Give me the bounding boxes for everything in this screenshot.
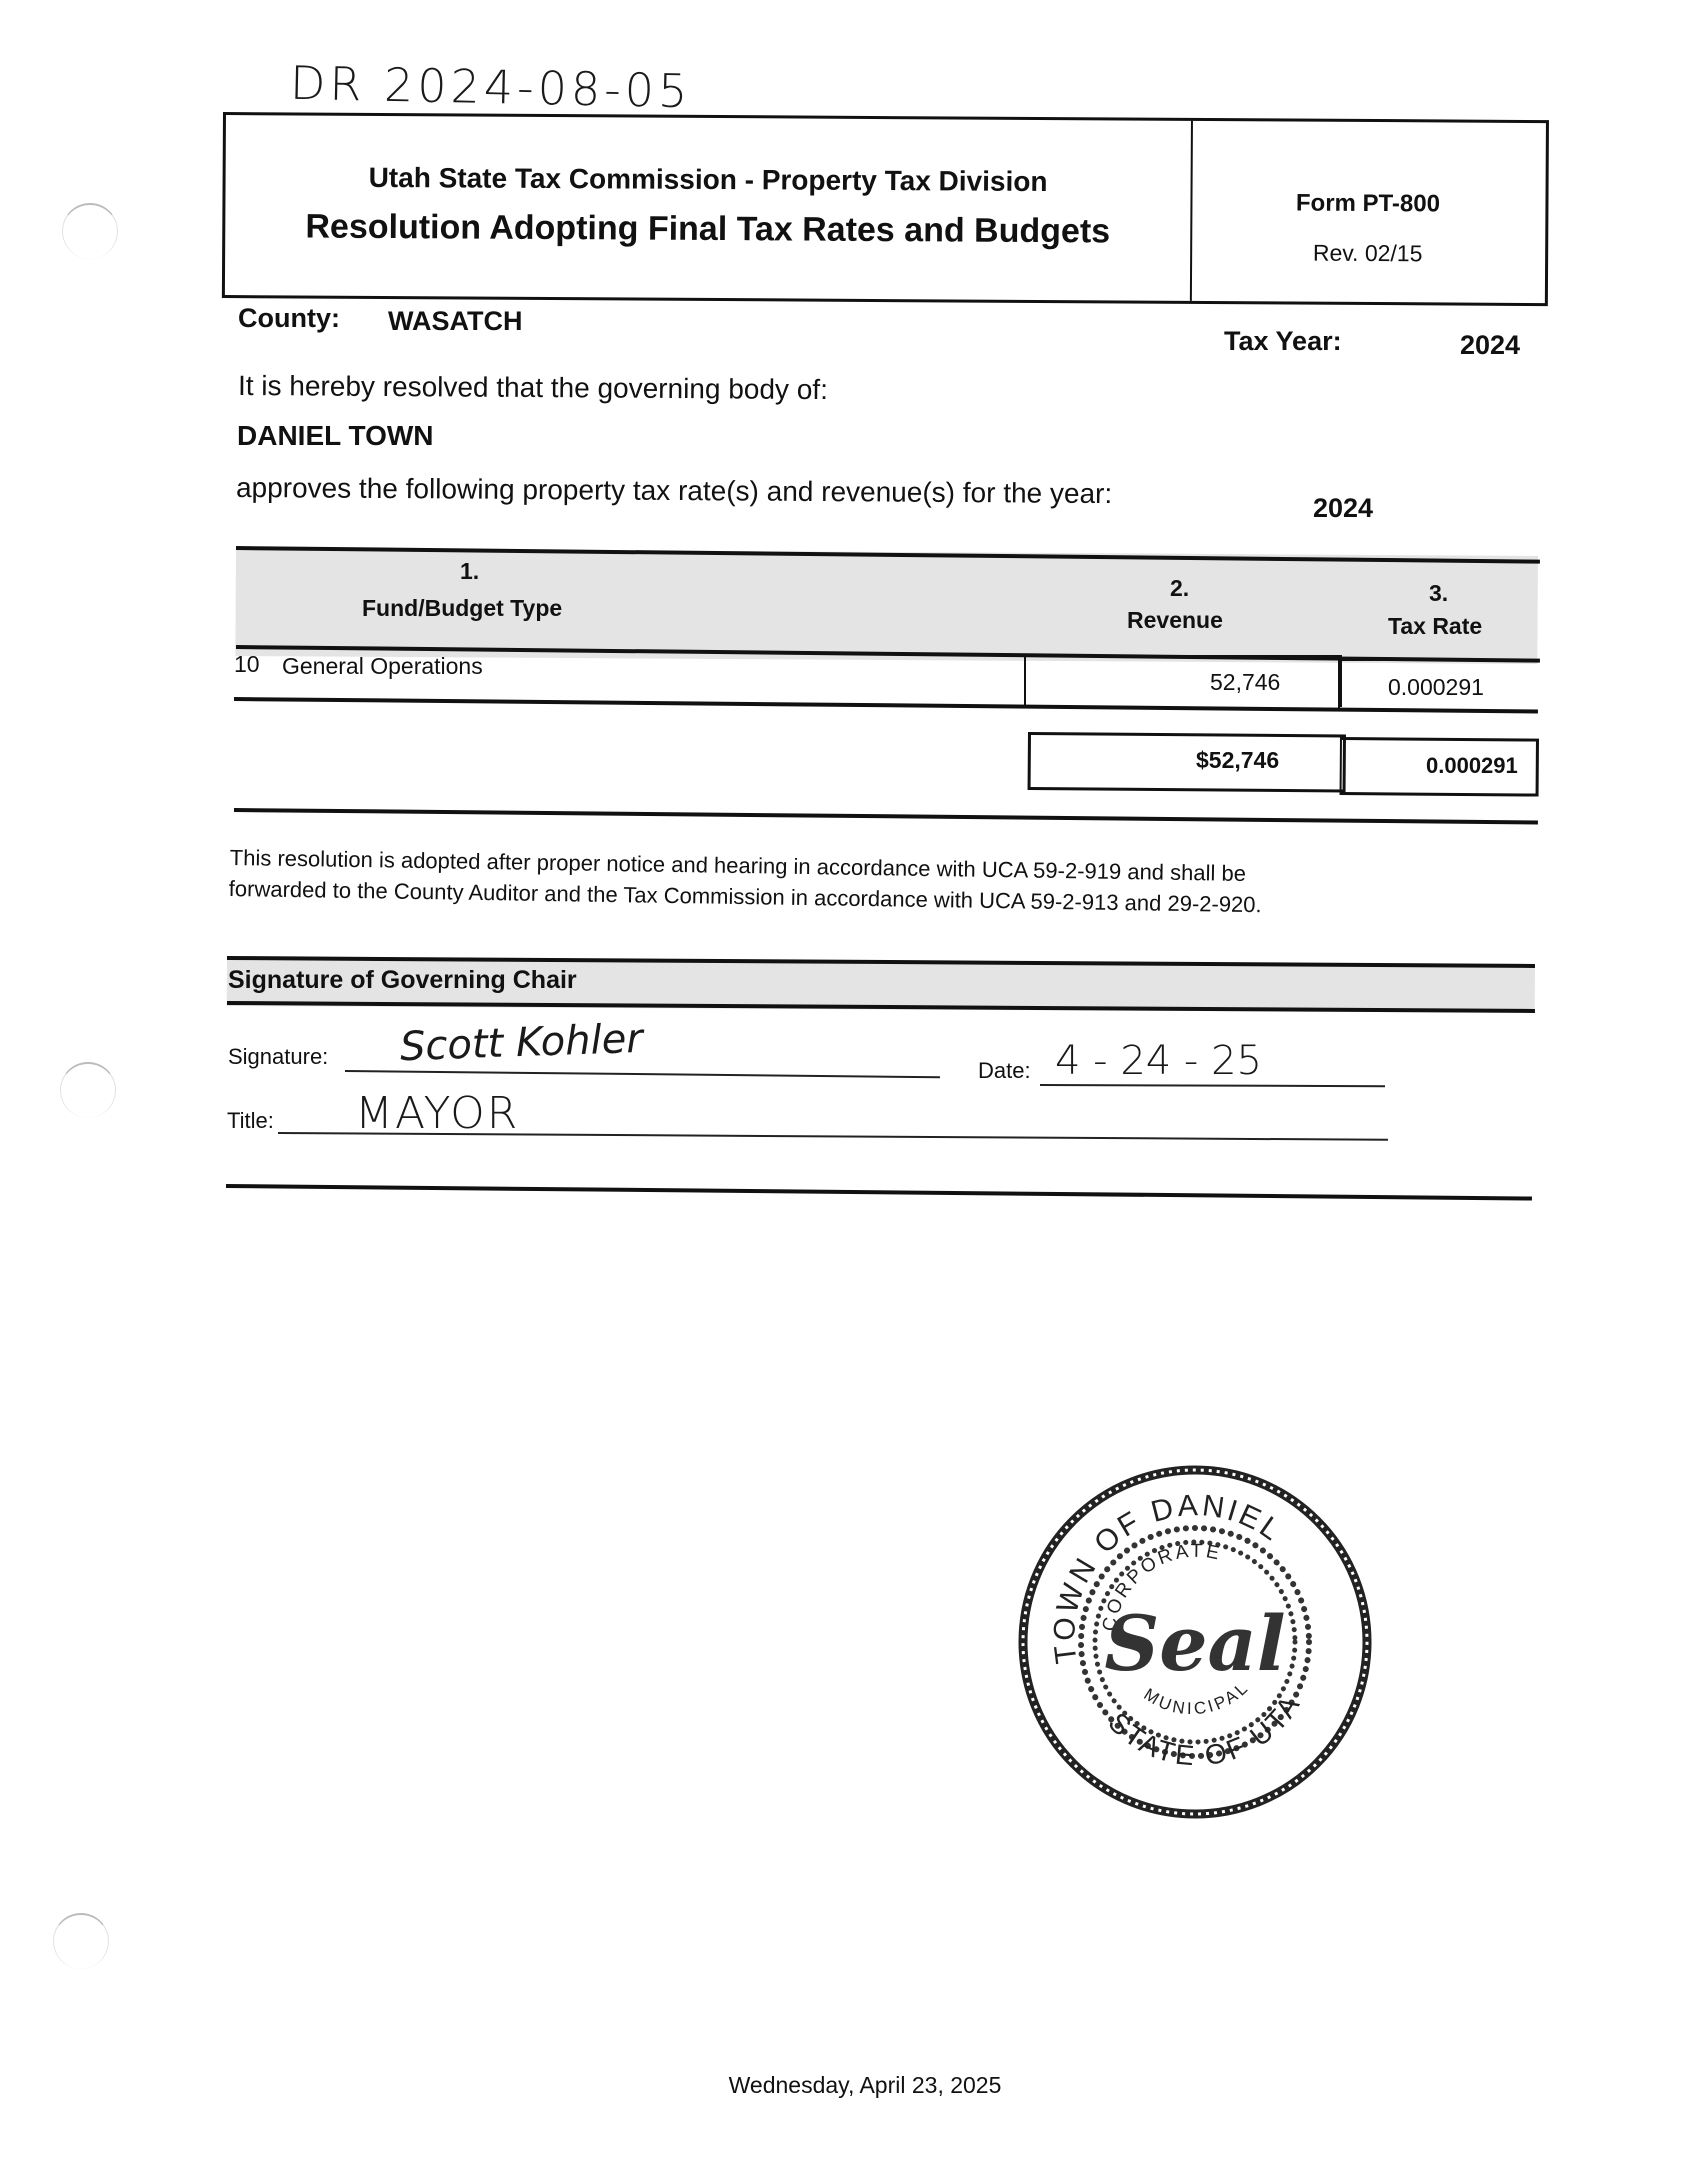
revenue-cell	[1024, 655, 1342, 707]
col-1-number: 1.	[460, 558, 479, 585]
fund-code: 10	[234, 651, 260, 678]
table-bottom-rule	[234, 808, 1538, 825]
seal-center-text: Seal	[1104, 1599, 1285, 1688]
signature-section-heading: Signature of Governing Chair	[228, 966, 577, 995]
total-revenue-cell	[1028, 732, 1346, 792]
col-3-header: Tax Rate	[1388, 613, 1482, 640]
signature-value[interactable]: Scott Kohler	[399, 1016, 643, 1070]
col-1-header: Fund/Budget Type	[362, 595, 562, 622]
footer-date: Wednesday, April 23, 2025	[0, 2072, 1700, 2099]
tax-rate-value: 0.000291	[1388, 674, 1484, 701]
town-seal: TOWN OF DANIEL STATE OF UTAH CORPORATE M…	[1015, 1462, 1375, 1822]
total-revenue-value: $52,746	[1196, 747, 1279, 774]
date-value[interactable]: 4 - 24 - 25	[1055, 1038, 1262, 1084]
date-line	[1040, 1084, 1385, 1087]
date-label: Date:	[978, 1058, 1031, 1084]
signature-label: Signature:	[228, 1044, 328, 1070]
signature-bottom-rule	[226, 1184, 1532, 1201]
title-label: Title:	[227, 1108, 274, 1134]
tax-rate-table: 1. Fund/Budget Type 2. Revenue 3. Tax Ra…	[0, 0, 1700, 820]
revenue-value: 52,746	[1210, 669, 1280, 696]
col-3-number: 3.	[1429, 580, 1448, 607]
punch-hole-bottom	[53, 1913, 109, 1969]
title-value[interactable]: MAYOR	[355, 1088, 519, 1139]
col-2-number: 2.	[1170, 575, 1189, 602]
signature-line	[345, 1070, 940, 1078]
col-2-header: Revenue	[1127, 607, 1223, 634]
total-tax-rate-value: 0.000291	[1426, 753, 1518, 779]
fund-name: General Operations	[282, 653, 483, 680]
punch-hole-middle	[60, 1062, 116, 1118]
